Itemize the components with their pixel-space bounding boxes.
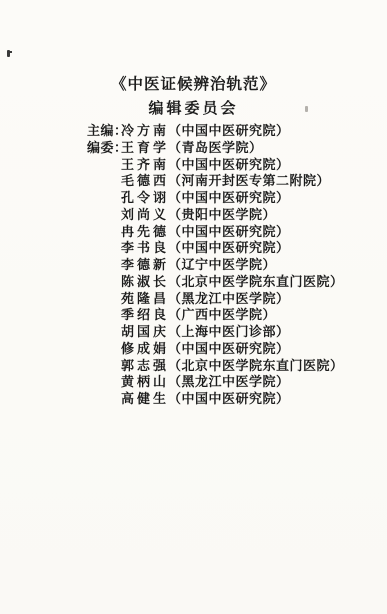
committee-row-member: 陈淑长 （北京中医学院东直门医院） xyxy=(87,275,387,292)
member-name: 黄柄山 xyxy=(121,375,169,392)
committee-row-member: 刘尚义 （贵阳中医学院） xyxy=(87,208,387,225)
member-name: 孔令诩 xyxy=(121,191,169,208)
member-affiliation: （中国中医研究院） xyxy=(168,225,290,242)
scan-artifact-speck xyxy=(7,50,10,57)
member-affiliation: （中国中医研究院） xyxy=(168,124,290,141)
committee-row-member: 胡国庆 （上海中医门诊部） xyxy=(87,325,387,342)
committee-row-member: 孔令诩 （中国中医研究院） xyxy=(87,191,387,208)
role-label: 编委： xyxy=(87,141,121,158)
member-name: 李德新 xyxy=(121,258,169,275)
member-name: 王育学 xyxy=(121,141,169,158)
member-affiliation: （北京中医学院东直门医院） xyxy=(168,275,344,292)
member-affiliation: （贵阳中医学院） xyxy=(168,208,276,225)
member-name: 修成娟 xyxy=(121,342,169,359)
committee-row-member: 毛德西 （河南开封医专第二附院） xyxy=(87,174,387,191)
committee-row-member: 黄柄山 （黑龙江中医学院） xyxy=(87,375,387,392)
member-name: 冷方南 xyxy=(121,124,169,141)
member-affiliation: （辽宁中医学院） xyxy=(168,258,276,275)
member-name: 苑隆昌 xyxy=(121,292,169,309)
role-label: 主编： xyxy=(87,124,121,141)
member-affiliation: （中国中医研究院） xyxy=(168,392,290,409)
member-affiliation: （河南开封医专第二附院） xyxy=(168,174,330,191)
committee-row-member: 李德新 （辽宁中医学院） xyxy=(87,258,387,275)
book-title: 《中医证候辨治轨范》 xyxy=(0,72,387,94)
member-name: 冉先德 xyxy=(121,225,169,242)
member-affiliation: （青岛医学院） xyxy=(168,141,263,158)
member-affiliation: （中国中医研究院） xyxy=(168,342,290,359)
member-name: 季绍良 xyxy=(121,308,169,325)
member-affiliation: （中国中医研究院） xyxy=(168,191,290,208)
member-name: 李书良 xyxy=(121,241,169,258)
member-affiliation: （广西中医学院） xyxy=(168,308,276,325)
member-name: 胡国庆 xyxy=(121,325,169,342)
committee-row-member: 王齐南 （中国中医研究院） xyxy=(87,158,387,175)
committee-row-member: 编委： 王育学 （青岛医学院） xyxy=(87,141,387,158)
editorial-committee-heading: 编辑委员会 xyxy=(0,97,387,118)
member-name: 王齐南 xyxy=(121,158,169,175)
member-name: 郭志强 xyxy=(121,359,169,376)
committee-row-chief-editor: 主编： 冷方南 （中国中医研究院） xyxy=(87,124,387,141)
committee-row-member: 高健生 （中国中医研究院） xyxy=(87,392,387,409)
committee-row-member: 苑隆昌 （黑龙江中医学院） xyxy=(87,292,387,309)
committee-list: 主编： 冷方南 （中国中医研究院） 编委： 王育学 （青岛医学院） 王齐南 （中… xyxy=(87,124,387,409)
member-affiliation: （中国中医研究院） xyxy=(168,241,290,258)
member-name: 刘尚义 xyxy=(121,208,169,225)
member-name: 高健生 xyxy=(121,392,169,409)
member-affiliation: （黑龙江中医学院） xyxy=(168,292,290,309)
member-affiliation: （中国中医研究院） xyxy=(168,158,290,175)
member-affiliation: （上海中医门诊部） xyxy=(168,325,290,342)
committee-row-member: 冉先德 （中国中医研究院） xyxy=(87,225,387,242)
member-name: 毛德西 xyxy=(121,174,169,191)
scanned-book-page: 《中医证候辨治轨范》 编辑委员会 主编： 冷方南 （中国中医研究院） 编委： 王… xyxy=(0,0,387,614)
committee-row-member: 修成娟 （中国中医研究院） xyxy=(87,342,387,359)
committee-row-member: 季绍良 （广西中医学院） xyxy=(87,308,387,325)
member-affiliation: （黑龙江中医学院） xyxy=(168,375,290,392)
committee-row-member: 李书良 （中国中医研究院） xyxy=(87,241,387,258)
committee-row-member: 郭志强 （北京中医学院东直门医院） xyxy=(87,359,387,376)
member-name: 陈淑长 xyxy=(121,275,169,292)
member-affiliation: （北京中医学院东直门医院） xyxy=(168,359,344,376)
